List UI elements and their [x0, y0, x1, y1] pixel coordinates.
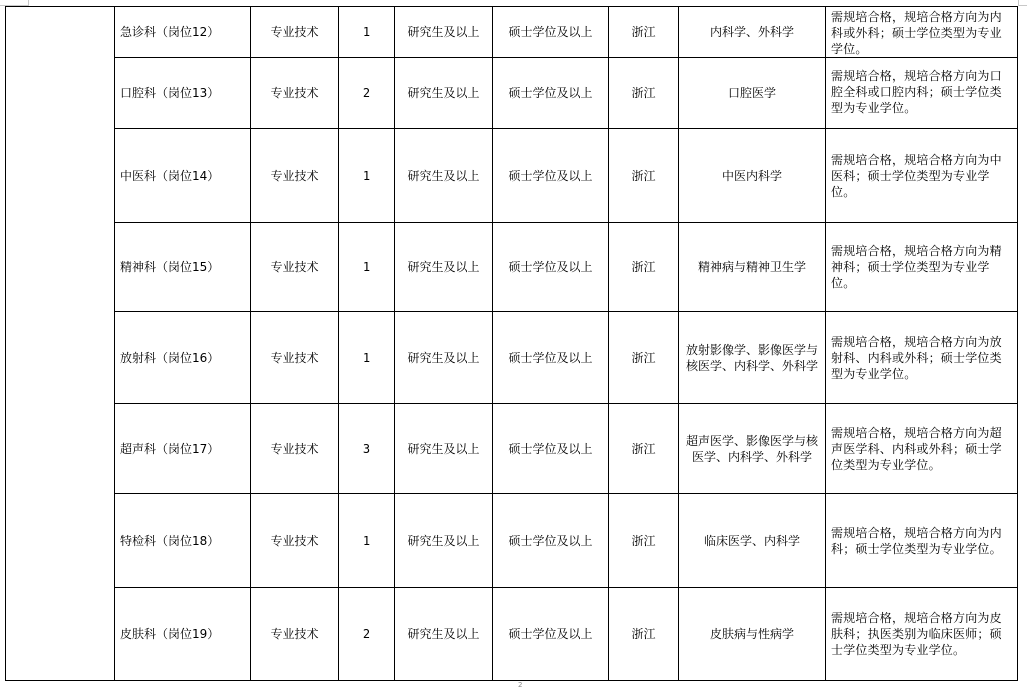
household-cell: 浙江: [609, 494, 679, 588]
degree-cell: 硕士学位及以上: [493, 312, 609, 404]
major-cell: 临床医学、内科学: [679, 494, 826, 588]
headcount-cell: 2: [339, 58, 395, 129]
major-cell: 口腔医学: [679, 58, 826, 129]
degree-cell: 硕士学位及以上: [493, 223, 609, 312]
education-cell: 研究生及以上: [395, 312, 493, 404]
notes-cell: 需规培合格，规培合格方向为皮肤科；执医类别为临床医师；硕士学位类型为专业学位。: [826, 588, 1018, 681]
notes-cell: 需规培合格，规培合格方向为内科或外科；硕士学位类型为专业学位。: [826, 7, 1018, 58]
major-cell: 皮肤病与性病学: [679, 588, 826, 681]
headcount-cell: 1: [339, 129, 395, 223]
education-cell: 研究生及以上: [395, 7, 493, 58]
household-cell: 浙江: [609, 129, 679, 223]
table-row: 中医科（岗位14） 专业技术 1 研究生及以上 硕士学位及以上 浙江 中医内科学…: [6, 129, 1018, 223]
category-cell: 专业技术: [251, 312, 339, 404]
category-cell: 专业技术: [251, 588, 339, 681]
education-cell: 研究生及以上: [395, 58, 493, 129]
position-cell: 口腔科（岗位13）: [115, 58, 251, 129]
position-cell: 皮肤科（岗位19）: [115, 588, 251, 681]
household-cell: 浙江: [609, 404, 679, 494]
headcount-cell: 1: [339, 312, 395, 404]
education-cell: 研究生及以上: [395, 494, 493, 588]
table-row: 特检科（岗位18） 专业技术 1 研究生及以上 硕士学位及以上 浙江 临床医学、…: [6, 494, 1018, 588]
notes-cell: 需规培合格，规培合格方向为中医科；硕士学位类型为专业学位。: [826, 129, 1018, 223]
table-row: 口腔科（岗位13） 专业技术 2 研究生及以上 硕士学位及以上 浙江 口腔医学 …: [6, 58, 1018, 129]
headcount-cell: 1: [339, 494, 395, 588]
notes-cell: 需规培合格，规培合格方向为放射科、内科或外科；硕士学位类型为专业学位。: [826, 312, 1018, 404]
category-cell: 专业技术: [251, 223, 339, 312]
page-number-mark: 2: [518, 681, 522, 687]
household-cell: 浙江: [609, 7, 679, 58]
table-row: 精神科（岗位15） 专业技术 1 研究生及以上 硕士学位及以上 浙江 精神病与精…: [6, 223, 1018, 312]
position-cell: 中医科（岗位14）: [115, 129, 251, 223]
category-cell: 专业技术: [251, 7, 339, 58]
category-cell: 专业技术: [251, 129, 339, 223]
notes-cell: 需规培合格，规培合格方向为超声医学科、内科或外科；硕士学位类型为专业学位。: [826, 404, 1018, 494]
position-cell: 超声科（岗位17）: [115, 404, 251, 494]
notes-cell: 需规培合格，规培合格方向为内科；硕士学位类型为专业学位。: [826, 494, 1018, 588]
household-cell: 浙江: [609, 223, 679, 312]
table-row: 放射科（岗位16） 专业技术 1 研究生及以上 硕士学位及以上 浙江 放射影像学…: [6, 312, 1018, 404]
major-cell: 中医内科学: [679, 129, 826, 223]
education-cell: 研究生及以上: [395, 223, 493, 312]
category-cell: 专业技术: [251, 494, 339, 588]
household-cell: 浙江: [609, 588, 679, 681]
table-row: 急诊科（岗位12） 专业技术 1 研究生及以上 硕士学位及以上 浙江 内科学、外…: [6, 7, 1018, 58]
headcount-cell: 1: [339, 223, 395, 312]
degree-cell: 硕士学位及以上: [493, 494, 609, 588]
unit-cell-merged: [6, 7, 115, 681]
major-cell: 内科学、外科学: [679, 7, 826, 58]
page-corner-mark-right: [1018, 0, 1027, 6]
headcount-cell: 3: [339, 404, 395, 494]
category-cell: 专业技术: [251, 404, 339, 494]
headcount-cell: 1: [339, 7, 395, 58]
major-cell: 精神病与精神卫生学: [679, 223, 826, 312]
notes-cell: 需规培合格，规培合格方向为精神科；硕士学位类型为专业学位。: [826, 223, 1018, 312]
education-cell: 研究生及以上: [395, 129, 493, 223]
degree-cell: 硕士学位及以上: [493, 588, 609, 681]
major-cell: 放射影像学、影像医学与核医学、内科学、外科学: [679, 312, 826, 404]
position-cell: 放射科（岗位16）: [115, 312, 251, 404]
headcount-cell: 2: [339, 588, 395, 681]
degree-cell: 硕士学位及以上: [493, 58, 609, 129]
major-cell: 超声医学、影像医学与核医学、内科学、外科学: [679, 404, 826, 494]
position-cell: 精神科（岗位15）: [115, 223, 251, 312]
degree-cell: 硕士学位及以上: [493, 7, 609, 58]
household-cell: 浙江: [609, 58, 679, 129]
table-row: 皮肤科（岗位19） 专业技术 2 研究生及以上 硕士学位及以上 浙江 皮肤病与性…: [6, 588, 1018, 681]
category-cell: 专业技术: [251, 58, 339, 129]
education-cell: 研究生及以上: [395, 588, 493, 681]
position-cell: 特检科（岗位18）: [115, 494, 251, 588]
notes-cell: 需规培合格，规培合格方向为口腔全科或口腔内科；硕士学位类型为专业学位。: [826, 58, 1018, 129]
job-positions-table: 急诊科（岗位12） 专业技术 1 研究生及以上 硕士学位及以上 浙江 内科学、外…: [5, 6, 1018, 681]
degree-cell: 硕士学位及以上: [493, 129, 609, 223]
education-cell: 研究生及以上: [395, 404, 493, 494]
household-cell: 浙江: [609, 312, 679, 404]
position-cell: 急诊科（岗位12）: [115, 7, 251, 58]
degree-cell: 硕士学位及以上: [493, 404, 609, 494]
table-row: 超声科（岗位17） 专业技术 3 研究生及以上 硕士学位及以上 浙江 超声医学、…: [6, 404, 1018, 494]
